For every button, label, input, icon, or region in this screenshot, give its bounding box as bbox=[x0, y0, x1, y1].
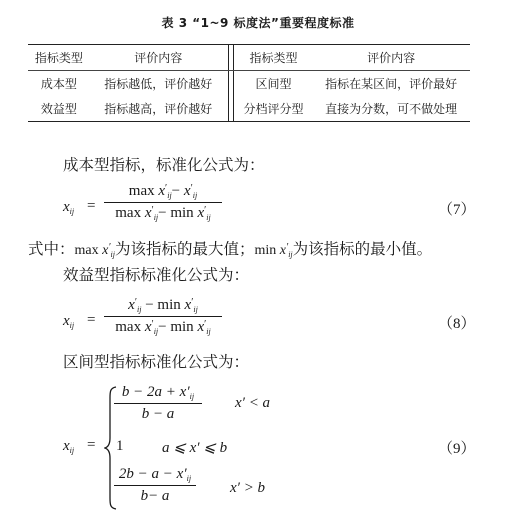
eq7-lhs: xij bbox=[63, 199, 74, 216]
fraction-bar bbox=[114, 403, 202, 404]
eq9-case1-fraction: b − 2a + x′ij b − a bbox=[114, 384, 202, 423]
table-row: 效益型 指标越高，评价越好 分档评分型 直接为分数，可不做处理 bbox=[28, 96, 470, 121]
table-cell: 直接为分数，可不做处理 bbox=[312, 100, 470, 117]
table-cell: 指标在某区间，评价最好 bbox=[312, 75, 470, 92]
interval-intro-text: 区间型指标标准化公式为： bbox=[63, 350, 249, 372]
eq9-lhs: xij bbox=[63, 438, 74, 455]
table-cell: 效益型 bbox=[28, 100, 90, 117]
fraction-bar bbox=[114, 485, 196, 486]
fraction-bar bbox=[104, 202, 222, 203]
header-evaluation-content: 评价内容 bbox=[90, 49, 227, 66]
header-indicator-type: 指标类型 bbox=[28, 49, 90, 66]
eq9-case3-fraction: 2b − a − x′ij b− a bbox=[114, 466, 196, 505]
table-row: 成本型 指标越低，评价越好 区间型 指标在某区间，评价最好 bbox=[28, 71, 470, 96]
eq8-numerator: x′ij − min x′ij bbox=[104, 297, 222, 314]
header-evaluation-content-2: 评价内容 bbox=[312, 49, 470, 66]
eq9-case2-condition: a ⩽ x′ ⩽ b bbox=[162, 438, 227, 457]
eq8-number: （8） bbox=[438, 312, 476, 333]
importance-standard-table: 指标类型 评价内容 指标类型 评价内容 成本型 指标越低，评价越好 区间型 指标… bbox=[28, 44, 470, 122]
fraction-bar bbox=[104, 316, 222, 317]
table-cell: 成本型 bbox=[28, 75, 90, 92]
eq9-equals: = bbox=[87, 437, 95, 454]
eq8-equals: = bbox=[87, 312, 95, 329]
double-divider bbox=[228, 96, 234, 121]
table-cell: 指标越低，评价越好 bbox=[90, 75, 227, 92]
table-cell: 分档评分型 bbox=[235, 100, 313, 117]
eq7-fraction: max x′ij− x′ij max x′ij− min x′ij bbox=[104, 183, 222, 222]
table-cell: 指标越高，评价越好 bbox=[90, 100, 227, 117]
cost-intro-text: 成本型指标，标准化公式为： bbox=[63, 153, 265, 175]
where-line: 式中：max x′ij为该指标的最大值；min x′ij为该指标的最小值。 bbox=[28, 237, 432, 259]
table-header-row: 指标类型 评价内容 指标类型 评价内容 bbox=[28, 45, 470, 71]
eq7-equals: = bbox=[87, 198, 95, 215]
eq9-case2-value: 1 bbox=[116, 438, 124, 455]
table-cell: 区间型 bbox=[235, 75, 313, 92]
header-indicator-type-2: 指标类型 bbox=[235, 49, 313, 66]
eq8-fraction: x′ij − min x′ij max x′ij− min x′ij bbox=[104, 297, 222, 336]
eq8-lhs: xij bbox=[63, 313, 74, 330]
eq8-denominator: max x′ij− min x′ij bbox=[104, 319, 222, 336]
double-divider bbox=[228, 45, 234, 70]
eq7-numerator: max x′ij− x′ij bbox=[104, 183, 222, 200]
double-divider bbox=[228, 71, 234, 96]
eq9-case3-condition: x′ > b bbox=[230, 480, 265, 497]
eq9-number: （9） bbox=[438, 437, 476, 458]
eq7-number: （7） bbox=[438, 198, 476, 219]
eq7-denominator: max x′ij− min x′ij bbox=[104, 205, 222, 222]
benefit-intro-text: 效益型指标标准化公式为： bbox=[63, 263, 249, 285]
eq9-case1-condition: x′ < a bbox=[235, 395, 270, 412]
table-caption: 表 3 “1~9 标度法”重要程度标准 bbox=[0, 14, 516, 31]
